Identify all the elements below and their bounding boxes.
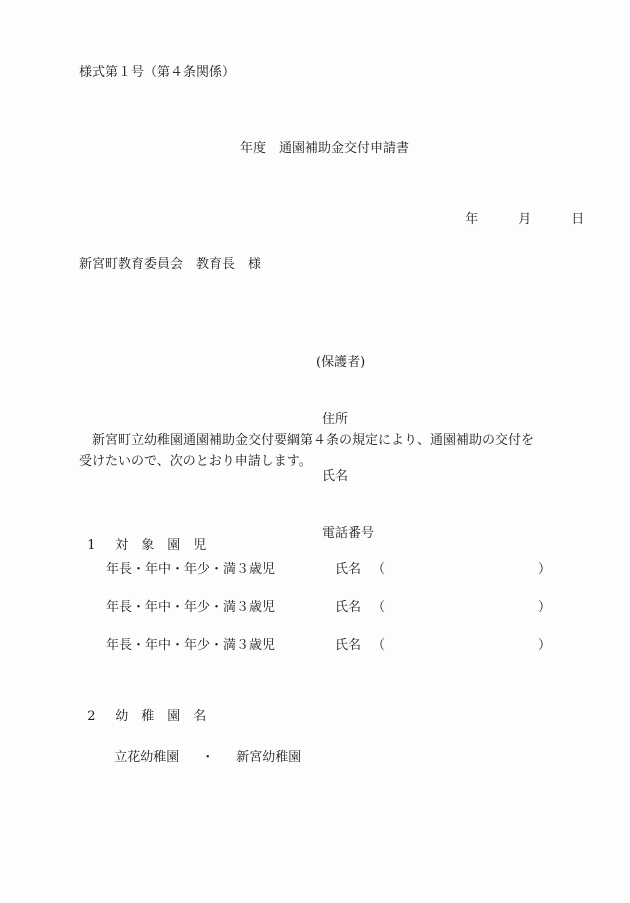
close-paren: ） (538, 563, 551, 576)
grade-options: 年長・年中・年少・満３歳児 (106, 601, 275, 614)
guardian-address-label: 住所 (316, 410, 374, 429)
statement-line-1: 新宮町立幼稚園通園補助金交付要綱第４条の規定により、通園補助の交付を (79, 430, 559, 451)
year-label: 年 (465, 213, 478, 226)
open-paren: （ (372, 601, 385, 614)
close-paren: ） (538, 639, 551, 652)
child-name-label: 氏名 (335, 563, 361, 576)
child-row: 年長・年中・年少・満３歳児 氏名 （ ） (106, 639, 546, 704)
section-kindergarten-heading: 2幼稚園名 (79, 697, 219, 723)
section-number: 2 (87, 710, 115, 723)
statement-line-2: 受けたいので、次のとおり申請します。 (79, 451, 559, 472)
option-separator: ・ (179, 751, 236, 764)
grade-options: 年長・年中・年少・満３歳児 (106, 563, 275, 576)
form-number: 様式第１号（第４条関係） (79, 66, 235, 79)
close-paren: ） (538, 601, 551, 614)
recipient: 新宮町教育委員会 教育長 様 (79, 258, 261, 271)
section-number: 1 (87, 539, 115, 552)
kindergarten-option-shingu: 新宮幼稚園 (236, 750, 301, 765)
child-name-label: 氏名 (335, 639, 361, 652)
kindergarten-option-tachibana: 立花幼稚園 (114, 750, 179, 765)
grade-options: 年長・年中・年少・満３歳児 (106, 639, 275, 652)
application-statement: 新宮町立幼稚園通園補助金交付要綱第４条の規定により、通園補助の交付を 受けたいの… (79, 430, 559, 472)
guardian-heading: (保護者) (316, 353, 374, 372)
section-title: 対象園児 (115, 538, 219, 553)
kindergarten-options: 立花幼稚園・新宮幼稚園 (106, 738, 301, 764)
month-label: 月 (518, 213, 531, 226)
open-paren: （ (372, 639, 385, 652)
document-title: 年度 通園補助金交付申請書 (240, 142, 409, 155)
guardian-phone-label: 電話番号 (316, 524, 374, 543)
child-name-label: 氏名 (335, 601, 361, 614)
day-label: 日 (571, 213, 584, 226)
section-title: 幼稚園名 (115, 709, 219, 724)
section-target-children-heading: 1対象園児 (79, 526, 219, 552)
open-paren: （ (372, 563, 385, 576)
date-line: 年月日 (457, 200, 584, 226)
